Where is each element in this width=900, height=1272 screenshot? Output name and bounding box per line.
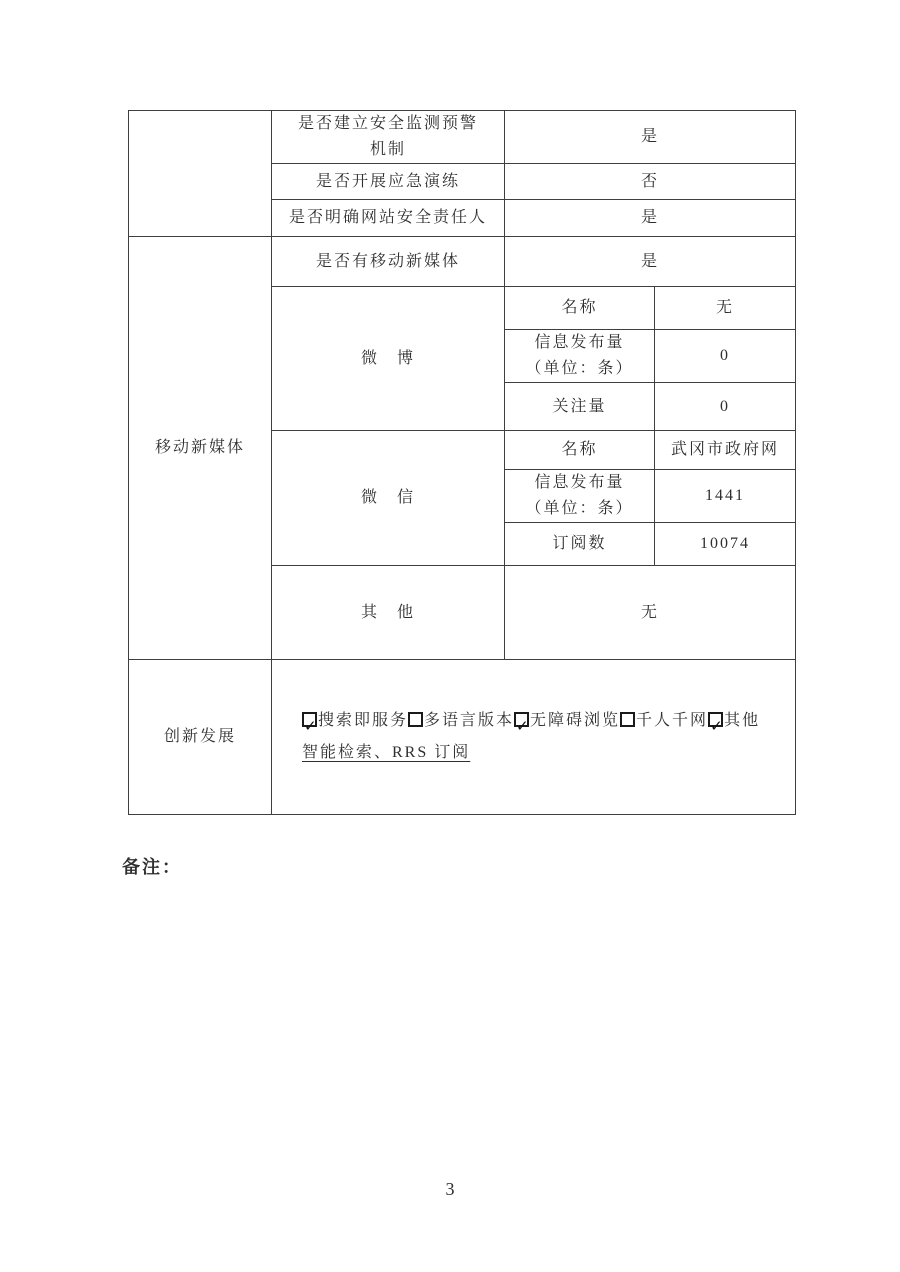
option-label: 搜索即服务 xyxy=(318,712,408,729)
wechat-subscribers-label: 订阅数 xyxy=(505,523,655,566)
checkbox-search-as-service-icon xyxy=(302,712,317,727)
label-line: 信息发布量 xyxy=(507,330,652,356)
table-row: 移动新媒体 是否有移动新媒体 是 xyxy=(129,237,796,287)
wechat-subscribers-value: 10074 xyxy=(655,523,796,566)
checkbox-accessibility-icon xyxy=(514,712,529,727)
innovation-options-cell: 搜索即服务多语言版本无障碍浏览千人千网其他 智能检索、RRS 订阅 xyxy=(272,660,796,815)
other-media-label: 其 他 xyxy=(272,566,505,660)
security-row-label: 是否开展应急演练 xyxy=(272,164,505,200)
wechat-name-label: 名称 xyxy=(505,431,655,470)
has-mobile-label: 是否有移动新媒体 xyxy=(272,237,505,287)
wechat-label-cell: 微 信 xyxy=(272,431,505,566)
option-label: 其他 xyxy=(724,712,760,729)
innovation-options-line: 搜索即服务多语言版本无障碍浏览千人千网其他 xyxy=(302,705,787,737)
weibo-label-cell: 微 博 xyxy=(272,287,505,431)
document-page: 是否建立安全监测预警 机制 是 是否开展应急演练 否 是否明确网站安全责任人 是… xyxy=(0,0,900,1272)
wechat-name-value: 武冈市政府网 xyxy=(655,431,796,470)
label-line: （单位：条） xyxy=(507,496,652,522)
weibo-posts-label: 信息发布量 （单位：条） xyxy=(505,330,655,383)
weibo-name-label: 名称 xyxy=(505,287,655,330)
security-row-value: 是 xyxy=(505,111,796,164)
checkbox-multilingual-icon xyxy=(408,712,423,727)
table-row: 创新发展 搜索即服务多语言版本无障碍浏览千人千网其他 智能检索、RRS 订阅 xyxy=(129,660,796,815)
security-row-label: 是否明确网站安全责任人 xyxy=(272,200,505,237)
weibo-posts-value: 0 xyxy=(655,330,796,383)
section-cell-innovation: 创新发展 xyxy=(129,660,272,815)
option-label: 无障碍浏览 xyxy=(530,712,620,729)
security-row-label: 是否建立安全监测预警 机制 xyxy=(272,111,505,164)
report-table: 是否建立安全监测预警 机制 是 是否开展应急演练 否 是否明确网站安全责任人 是… xyxy=(128,110,796,815)
checkbox-personalized-icon xyxy=(620,712,635,727)
label-line: 机制 xyxy=(274,137,502,163)
security-row-value: 是 xyxy=(505,200,796,237)
checkbox-other-icon xyxy=(708,712,723,727)
label-line: 信息发布量 xyxy=(507,470,652,496)
weibo-followers-label: 关注量 xyxy=(505,383,655,431)
weibo-name-value: 无 xyxy=(655,287,796,330)
option-label: 千人千网 xyxy=(636,712,708,729)
security-row-value: 否 xyxy=(505,164,796,200)
label-line: 是否建立安全监测预警 xyxy=(274,111,502,137)
section-cell-empty xyxy=(129,111,272,237)
section-cell-mobile-media: 移动新媒体 xyxy=(129,237,272,660)
weibo-followers-value: 0 xyxy=(655,383,796,431)
page-number: 3 xyxy=(0,1179,900,1200)
other-media-value: 无 xyxy=(505,566,796,660)
has-mobile-value: 是 xyxy=(505,237,796,287)
table-row: 是否建立安全监测预警 机制 是 xyxy=(129,111,796,164)
wechat-posts-value: 1441 xyxy=(655,470,796,523)
wechat-posts-label: 信息发布量 （单位：条） xyxy=(505,470,655,523)
option-label: 多语言版本 xyxy=(424,712,514,729)
remarks-label: 备注： xyxy=(122,853,182,879)
label-line: （单位：条） xyxy=(507,356,652,382)
